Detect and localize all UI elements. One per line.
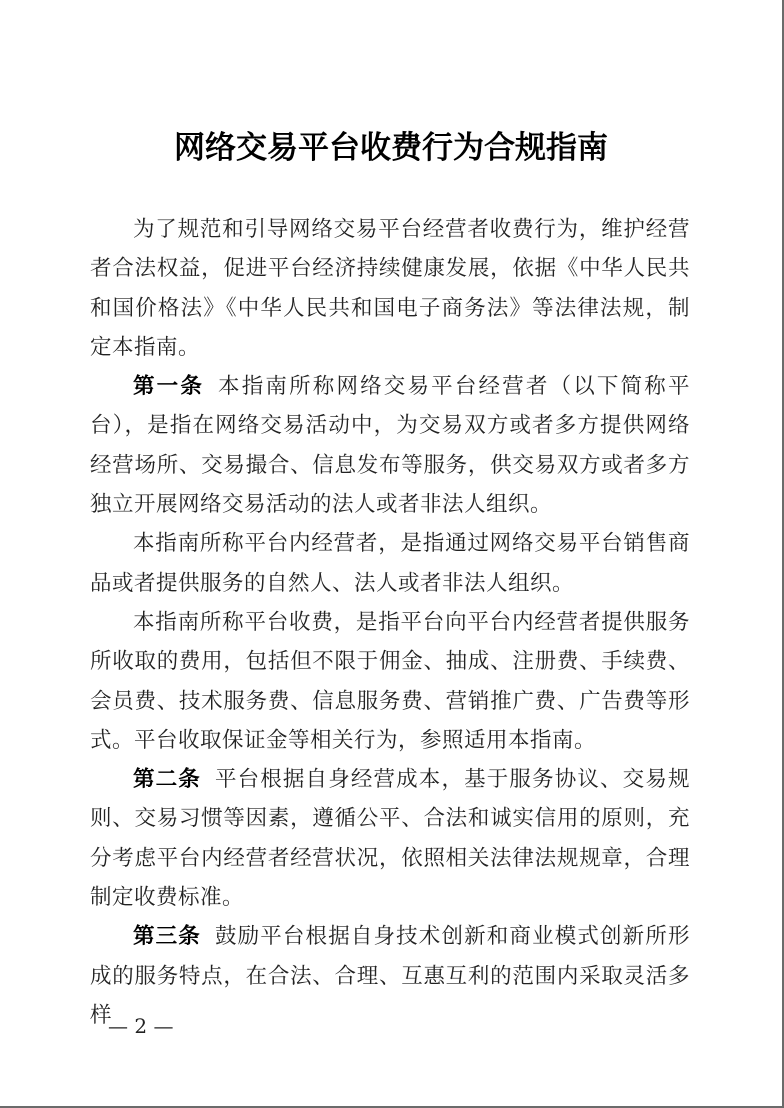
article-number: 第二条 [133,767,201,792]
article-number: 第三条 [133,924,201,949]
article-1-paragraph: 第一条本指南所称网络交易平台经营者（以下简称平台），是指在网络交易活动中，为交易… [90,367,690,524]
paragraph-text: 本指南所称平台收费，是指平台向平台内经营者提供服务所收取的费用，包括但不限于佣金… [90,610,690,753]
paragraph-text: 本指南所称平台内经营者，是指通过网络交易平台销售商品或者提供服务的自然人、法人或… [90,531,690,595]
page-number: — 2 — [108,1012,173,1040]
preamble-paragraph: 为了规范和引导网络交易平台经营者收费行为，维护经营者合法权益，促进平台经济持续健… [90,210,690,367]
document-page: 网络交易平台收费行为合规指南 为了规范和引导网络交易平台经营者收费行为，维护经营… [0,0,782,1106]
paragraph-text: 为了规范和引导网络交易平台经营者收费行为，维护经营者合法权益，促进平台经济持续健… [90,217,690,360]
article-number: 第一条 [133,374,204,399]
article-1-paragraph-2: 本指南所称平台内经营者，是指通过网络交易平台销售商品或者提供服务的自然人、法人或… [90,524,690,603]
document-title: 网络交易平台收费行为合规指南 [0,128,782,168]
article-1-paragraph-3: 本指南所称平台收费，是指平台向平台内经营者提供服务所收取的费用，包括但不限于佣金… [90,603,690,760]
article-2-paragraph: 第二条平台根据自身经营成本，基于服务协议、交易规则、交易习惯等因素，遵循公平、合… [90,760,690,917]
article-3-paragraph: 第三条鼓励平台根据自身技术创新和商业模式创新所形成的服务特点，在合法、合理、互惠… [90,917,690,1035]
document-body: 为了规范和引导网络交易平台经营者收费行为，维护经营者合法权益，促进平台经济持续健… [90,210,690,1035]
